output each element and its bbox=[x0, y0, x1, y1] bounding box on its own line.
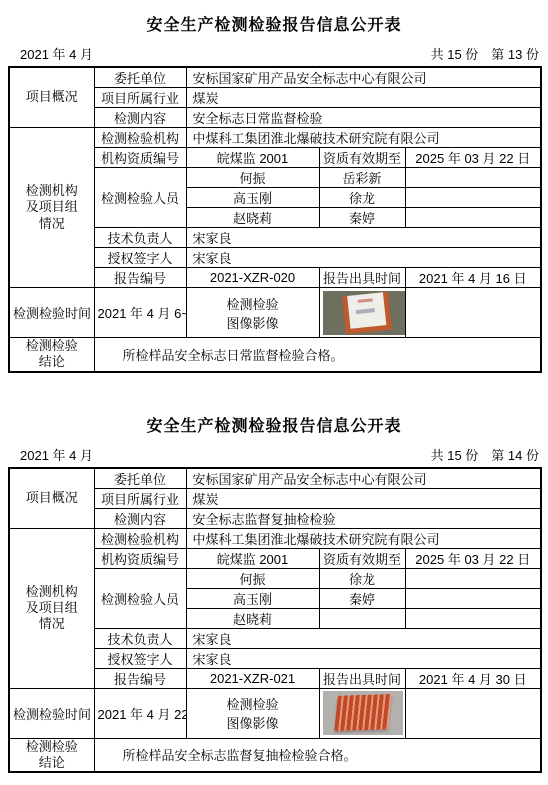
conclusion-value: 所检样品安全标志日常监督检验合格。 bbox=[94, 338, 541, 372]
report-table: 项目概况 委托单位 安标国家矿用产品安全标志中心有限公司 项目所属行业 煤炭 检… bbox=[8, 66, 542, 373]
content-value: 安全标志监督复抽检检验 bbox=[186, 508, 541, 528]
personnel-name: 高玉刚 bbox=[186, 188, 319, 208]
client-label: 委托单位 bbox=[94, 67, 186, 88]
signer-value: 宋家良 bbox=[186, 248, 541, 268]
agency-label: 检测检验机构 bbox=[94, 528, 186, 548]
industry-label: 项目所属行业 bbox=[94, 88, 186, 108]
photo-label: 检测检验 图像影像 bbox=[186, 688, 319, 738]
personnel-empty-cell bbox=[405, 208, 541, 228]
sample-label-paper bbox=[347, 292, 386, 329]
section-org-project-group: 检测机构 及项目组 情况 bbox=[9, 528, 94, 688]
client-label: 委托单位 bbox=[94, 468, 186, 489]
personnel-empty-cell bbox=[405, 188, 541, 208]
inspection-photo bbox=[323, 691, 403, 735]
validity-label: 资质有效期至 bbox=[319, 148, 405, 168]
personnel-name: 秦婷 bbox=[319, 588, 405, 608]
license-value: 皖煤监 2001 bbox=[186, 548, 319, 568]
report-no-value: 2021-XZR-021 bbox=[186, 668, 319, 688]
section-conclusion: 检测检验 结论 bbox=[9, 338, 94, 372]
table-row: 项目概况 委托单位 安标国家矿用产品安全标志中心有限公司 bbox=[9, 468, 541, 489]
sample-tube-bundle bbox=[334, 694, 392, 731]
personnel-name: 何振 bbox=[186, 568, 319, 588]
content-label: 检测内容 bbox=[94, 508, 186, 528]
personnel-name: 徐龙 bbox=[319, 568, 405, 588]
inspection-time-value: 2021 年 4 月 22~28 日 bbox=[94, 688, 186, 738]
license-label: 机构资质编号 bbox=[94, 548, 186, 568]
photo-cell bbox=[319, 688, 405, 738]
report-title: 安全生产检测检验报告信息公开表 bbox=[8, 12, 540, 35]
report-copies: 共 15 份 第 14 份 bbox=[431, 445, 539, 464]
report-no-label: 报告编号 bbox=[94, 268, 186, 288]
personnel-name: 徐龙 bbox=[319, 188, 405, 208]
report-table: 项目概况 委托单位 安标国家矿用产品安全标志中心有限公司 项目所属行业 煤炭 检… bbox=[8, 467, 542, 774]
license-value: 皖煤监 2001 bbox=[186, 148, 319, 168]
section-org-project-group: 检测机构 及项目组 情况 bbox=[9, 128, 94, 288]
section-project-overview: 项目概况 bbox=[9, 468, 94, 529]
content-value: 安全标志日常监督检验 bbox=[186, 108, 541, 128]
report-copies: 共 15 份 第 13 份 bbox=[431, 44, 539, 63]
personnel-name: 何振 bbox=[186, 168, 319, 188]
signer-value: 宋家良 bbox=[186, 648, 541, 668]
tech-lead-label: 技术负责人 bbox=[94, 628, 186, 648]
photo-cell bbox=[319, 288, 405, 338]
sample-box bbox=[342, 291, 392, 334]
table-row: 检测机构 及项目组 情况 检测检验机构 中煤科工集团淮北爆破技术研究院有限公司 bbox=[9, 128, 541, 148]
report-meta-row: 2021 年 4 月 共 15 份 第 14 份 bbox=[8, 445, 540, 467]
agency-label: 检测检验机构 bbox=[94, 128, 186, 148]
issue-date-label: 报告出具时间 bbox=[319, 668, 405, 688]
inspection-time-label: 检测检验时间 bbox=[9, 688, 94, 738]
report-no-value: 2021-XZR-020 bbox=[186, 268, 319, 288]
section-conclusion: 检测检验 结论 bbox=[9, 738, 94, 772]
table-row: 检测机构 及项目组 情况 检测检验机构 中煤科工集团淮北爆破技术研究院有限公司 bbox=[9, 528, 541, 548]
personnel-empty-cell bbox=[405, 168, 541, 188]
conclusion-value: 所检样品安全标志监督复抽检检验合格。 bbox=[94, 738, 541, 772]
personnel-name: 秦婷 bbox=[319, 208, 405, 228]
inspection-photo bbox=[323, 291, 406, 335]
personnel-label: 检测检验人员 bbox=[94, 568, 186, 628]
signer-label: 授权签字人 bbox=[94, 248, 186, 268]
report-month: 2021 年 4 月 bbox=[20, 445, 93, 464]
table-row: 检测检验 结论 所检样品安全标志日常监督检验合格。 bbox=[9, 338, 541, 372]
document-page: 安全生产检测检验报告信息公开表 2021 年 4 月 共 15 份 第 13 份… bbox=[0, 0, 548, 785]
content-label: 检测内容 bbox=[94, 108, 186, 128]
issue-date-label: 报告出具时间 bbox=[319, 268, 405, 288]
tech-lead-value: 宋家良 bbox=[186, 228, 541, 248]
report-month: 2021 年 4 月 bbox=[20, 44, 93, 63]
report-no-label: 报告编号 bbox=[94, 668, 186, 688]
issue-date-value: 2021 年 4 月 16 日 bbox=[405, 268, 541, 288]
personnel-name: 赵晓莉 bbox=[186, 608, 319, 628]
table-row: 检测检验时间 2021 年 4 月 6~9 日 检测检验 图像影像 bbox=[9, 288, 541, 338]
report-card-1: 安全生产检测检验报告信息公开表 2021 年 4 月 共 15 份 第 13 份… bbox=[8, 12, 540, 373]
industry-label: 项目所属行业 bbox=[94, 488, 186, 508]
tech-lead-label: 技术负责人 bbox=[94, 228, 186, 248]
section-project-overview: 项目概况 bbox=[9, 67, 94, 128]
client-value: 安标国家矿用产品安全标志中心有限公司 bbox=[186, 468, 541, 489]
photo-label: 检测检验 图像影像 bbox=[186, 288, 319, 338]
personnel-empty-cell bbox=[405, 568, 541, 588]
table-row: 检测检验 结论 所检样品安全标志监督复抽检检验合格。 bbox=[9, 738, 541, 772]
report-title: 安全生产检测检验报告信息公开表 bbox=[8, 413, 540, 436]
personnel-name bbox=[319, 608, 405, 628]
table-row: 项目概况 委托单位 安标国家矿用产品安全标志中心有限公司 bbox=[9, 67, 541, 88]
report-meta-row: 2021 年 4 月 共 15 份 第 13 份 bbox=[8, 44, 540, 66]
personnel-name: 岳彩新 bbox=[319, 168, 405, 188]
personnel-name: 赵晓莉 bbox=[186, 208, 319, 228]
signer-label: 授权签字人 bbox=[94, 648, 186, 668]
inspection-time-value: 2021 年 4 月 6~9 日 bbox=[94, 288, 186, 338]
validity-label: 资质有效期至 bbox=[319, 548, 405, 568]
agency-value: 中煤科工集团淮北爆破技术研究院有限公司 bbox=[186, 528, 541, 548]
validity-value: 2025 年 03 月 22 日 bbox=[405, 148, 541, 168]
industry-value: 煤炭 bbox=[186, 88, 541, 108]
personnel-empty-cell bbox=[405, 588, 541, 608]
issue-date-value: 2021 年 4 月 30 日 bbox=[405, 668, 541, 688]
inspection-time-label: 检测检验时间 bbox=[9, 288, 94, 338]
tech-lead-value: 宋家良 bbox=[186, 628, 541, 648]
personnel-name: 高玉刚 bbox=[186, 588, 319, 608]
industry-value: 煤炭 bbox=[186, 488, 541, 508]
license-label: 机构资质编号 bbox=[94, 148, 186, 168]
agency-value: 中煤科工集团淮北爆破技术研究院有限公司 bbox=[186, 128, 541, 148]
validity-value: 2025 年 03 月 22 日 bbox=[405, 548, 541, 568]
table-row: 检测检验时间 2021 年 4 月 22~28 日 检测检验 图像影像 bbox=[9, 688, 541, 738]
personnel-empty-cell bbox=[405, 608, 541, 628]
client-value: 安标国家矿用产品安全标志中心有限公司 bbox=[186, 67, 541, 88]
personnel-label: 检测检验人员 bbox=[94, 168, 186, 228]
report-card-2: 安全生产检测检验报告信息公开表 2021 年 4 月 共 15 份 第 14 份… bbox=[8, 413, 540, 774]
